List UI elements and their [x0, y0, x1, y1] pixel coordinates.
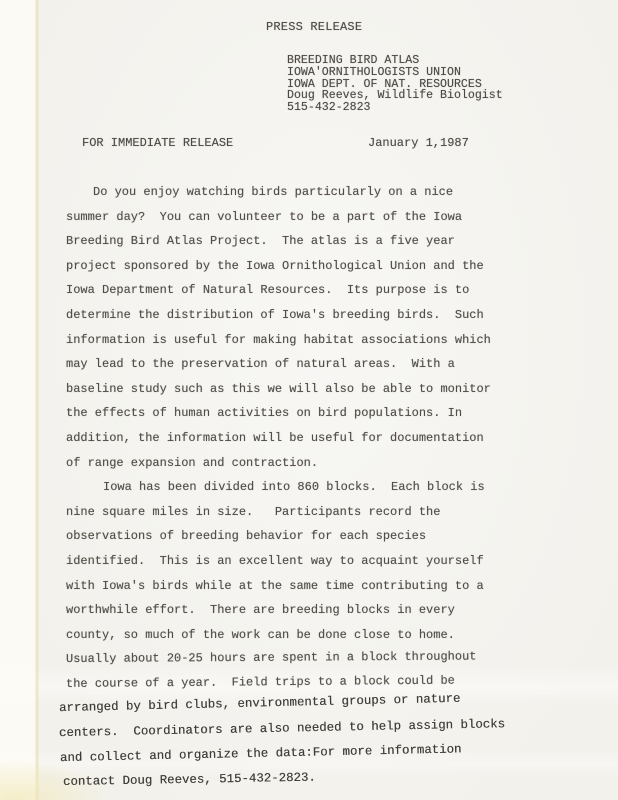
document-title: PRESS RELEASE	[266, 20, 362, 34]
body-line: determine the distribution of Iowa's bre…	[66, 303, 512, 328]
body-line: nine square miles in size. Participants …	[66, 500, 512, 525]
scanned-press-release-page: PRESS RELEASE BREEDING BIRD ATLAS IOWA'O…	[0, 0, 618, 800]
body-line: observations of breeding behavior for ea…	[66, 524, 512, 549]
body-line: identified. This is an excellent way to …	[66, 549, 512, 574]
body-line: addition, the information will be useful…	[66, 426, 512, 451]
body-line: of range expansion and contraction.	[66, 451, 512, 476]
body-line: Do you enjoy watching birds particularly…	[66, 180, 512, 205]
org-line-phone: 515-432-2823	[287, 102, 503, 114]
body-line: the effects of human activities on bird …	[66, 401, 512, 426]
body-line: information is useful for making habitat…	[66, 328, 512, 353]
body-line: baseline study such as this we will also…	[66, 377, 512, 402]
release-statement: FOR IMMEDIATE RELEASE	[82, 136, 233, 150]
org-header-block: BREEDING BIRD ATLAS IOWA'ORNITHOLOGISTS …	[287, 55, 503, 114]
body-line: worthwhile effort. There are breeding bl…	[66, 598, 512, 623]
release-date: January 1,1987	[368, 136, 469, 150]
document-body: Do you enjoy watching birds particularly…	[66, 180, 512, 795]
body-line: county, so much of the work can be done …	[66, 623, 512, 648]
org-line-union: IOWA'ORNITHOLOGISTS UNION	[287, 67, 503, 79]
body-line: project sponsored by the Iowa Ornitholog…	[66, 254, 512, 279]
body-line: Iowa has been divided into 860 blocks. E…	[66, 475, 512, 500]
body-line: with Iowa's birds while at the same time…	[66, 574, 512, 599]
body-line: may lead to the preservation of natural …	[66, 352, 512, 377]
body-line: Breeding Bird Atlas Project. The atlas i…	[66, 229, 512, 254]
body-line: Iowa Department of Natural Resources. It…	[66, 278, 512, 303]
body-line: summer day? You can volunteer to be a pa…	[66, 205, 512, 230]
